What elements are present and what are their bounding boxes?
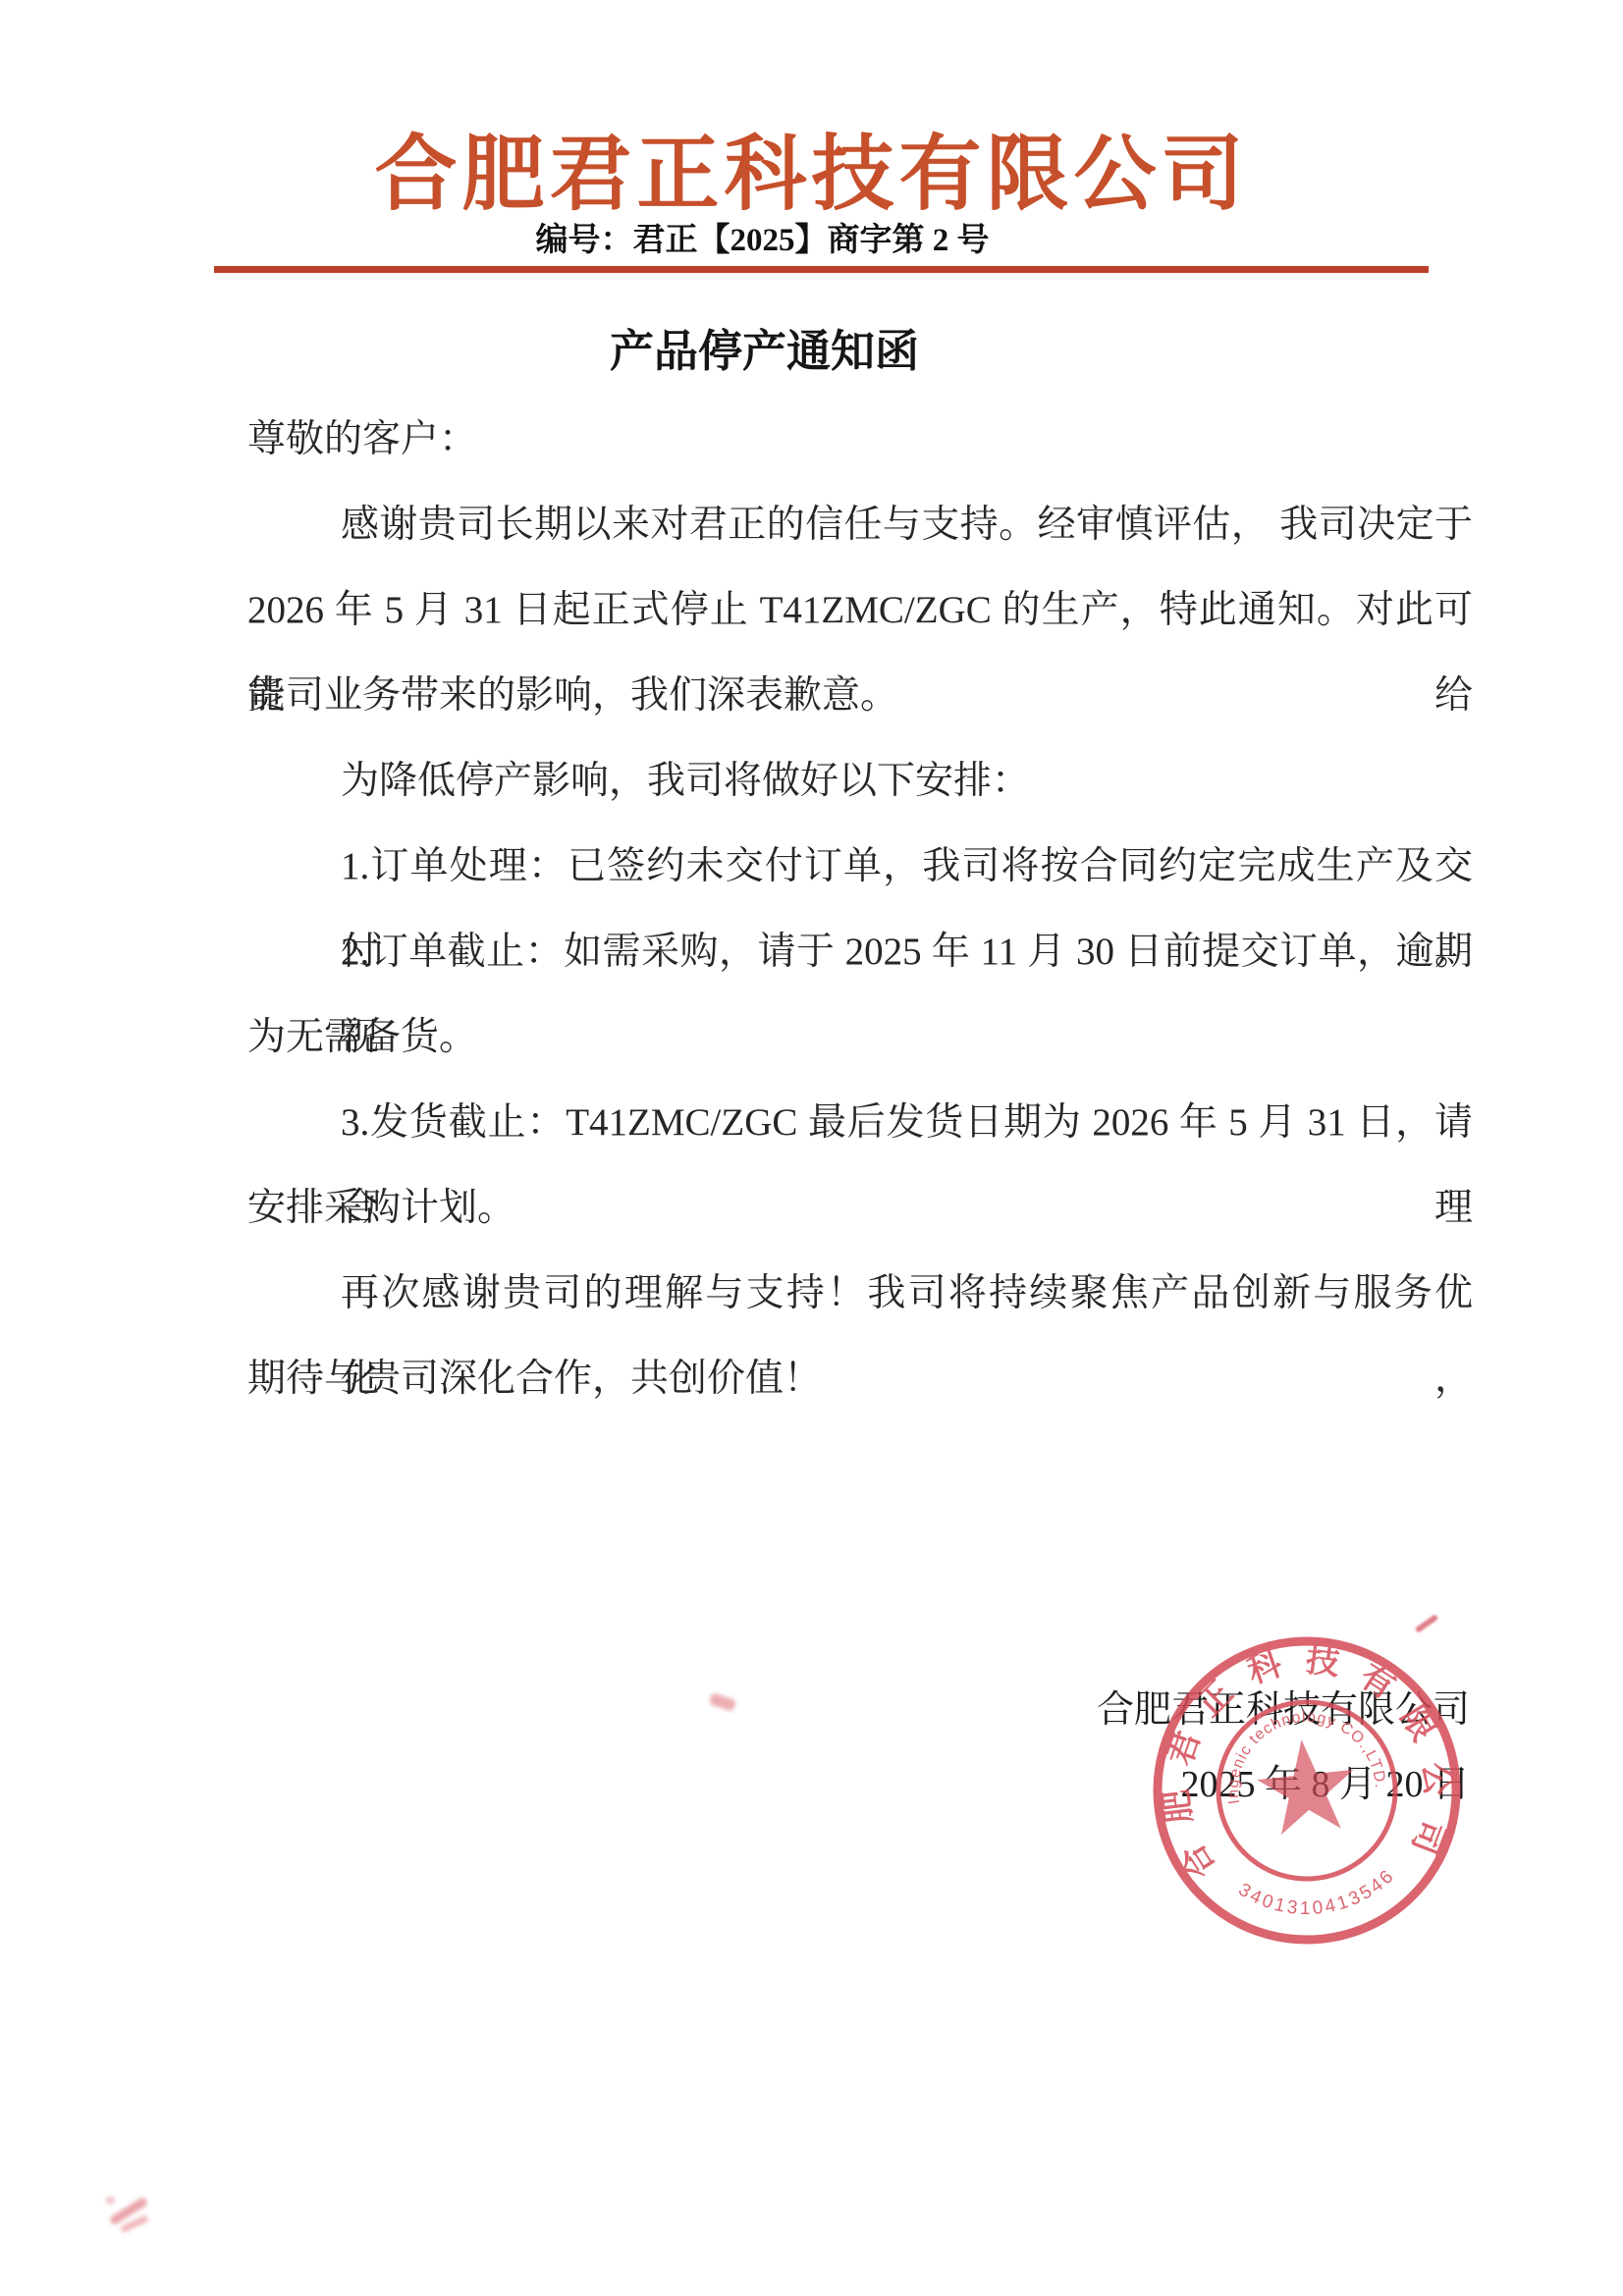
body-text-line: 尊敬的客户： — [247, 397, 1473, 482]
body-text-line: 感谢贵司长期以来对君正的信任与支持。经审慎评估， 我司决定于 — [341, 482, 1473, 567]
letterhead-divider-rule — [214, 266, 1429, 273]
seal-ring-character: 公 — [1416, 1761, 1456, 1797]
body-text-line: 为无需备货。 — [247, 994, 1473, 1080]
seal-ring-character: 肥 — [1158, 1788, 1199, 1825]
letter-body: 尊敬的客户：感谢贵司长期以来对君正的信任与支持。经审慎评估， 我司决定于2026… — [247, 397, 1473, 1421]
body-text-line: 1.订单处理：已签约未交付订单，我司将按合同约定完成生产及交付。 — [341, 824, 1473, 909]
body-text-line: 2026 年 5 月 31 日起正式停止 T41ZMC/ZGC 的生产，特此通知… — [247, 567, 1473, 653]
scanned-letter-page: 合肥君正科技有限公司 编号：君正【2025】商字第 2 号 产品停产通知函 尊敬… — [0, 0, 1623, 2296]
document-title: 产品停产通知函 — [0, 326, 1576, 377]
body-text-line: 3.发货截止：T41ZMC/ZGC 最后发货日期为 2026 年 5 月 31 … — [341, 1080, 1473, 1165]
body-text-line: 为降低停产影响，我司将做好以下安排： — [341, 738, 1473, 824]
document-number: 编号：君正【2025】商字第 2 号 — [0, 220, 1574, 261]
ink-smudge-mark — [106, 2197, 115, 2204]
company-letterhead: 合肥君正科技有限公司 — [0, 130, 1623, 218]
company-seal-stamp: 合肥君正科技有限公司 Ingenic technology CO.,LTD. 3… — [1123, 1607, 1490, 1974]
seal-star-icon — [1253, 1735, 1359, 1837]
ink-smudge-mark — [709, 1692, 736, 1711]
seal-ring-character: 技 — [1304, 1641, 1341, 1682]
body-text-line: 2.订单截止：如需采购，请于 2025 年 11 月 30 日前提交订单，逾期视 — [341, 909, 1473, 994]
body-text-line: 再次感谢贵司的理解与支持！我司将持续聚焦产品创新与服务优化， — [341, 1251, 1473, 1336]
seal-ring-character: 正 — [1190, 1674, 1240, 1724]
